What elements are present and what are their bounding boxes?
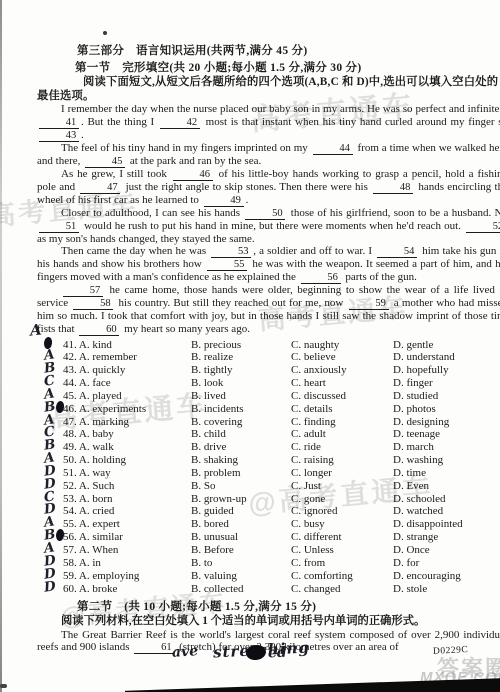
option-choice-d: D. washing — [393, 454, 500, 467]
option-choice-b: B. lived — [191, 390, 291, 403]
cloze-passage: I remember the day when the nurse placed… — [37, 103, 500, 336]
option-choice-d: D. for — [393, 557, 500, 570]
passage-paragraph: As he grew, I still took 46 of his littl… — [37, 168, 500, 207]
option-choice-b: B. precious — [191, 339, 291, 352]
option-choice-a: 50. A. holding — [63, 454, 191, 467]
option-choice-c: C. finding — [291, 416, 393, 429]
option-choice-a: 47. A. marking — [63, 416, 191, 429]
cloze-blank-60: 60 — [79, 324, 119, 336]
cloze-blank-54: 54 — [377, 246, 417, 258]
option-choice-d: D. encouraging — [393, 570, 500, 583]
cloze-blank-51: 51 — [39, 221, 79, 233]
option-choice-b: B. bored — [191, 518, 291, 531]
option-choice-b: B. collected — [191, 583, 291, 596]
scanned-exam-page: 高考直通车 高考直通车 高考直通车 高考直通车 @高考直通车 @高考直通车 第三… — [0, 0, 500, 692]
cloze-blank-42: 42 — [160, 117, 200, 129]
option-choice-a: 42. A. remember — [63, 351, 191, 364]
ink-blot — [56, 400, 66, 413]
handwritten-margin-note: A — [29, 320, 42, 339]
option-choice-c: C. naughty — [291, 339, 393, 352]
section2-instruction: 阅读下列材料,在空白处填入 1 个适当的单词或用括号内单词的正确形式。 — [37, 615, 500, 629]
option-row-52: D52. A. SuchB. SoC. JustD. Even — [63, 480, 500, 493]
option-row-53: C53. A. bornB. grown-upC. goneD. schoole… — [63, 493, 500, 506]
option-choice-b: B. tightly — [191, 364, 291, 377]
option-choice-d: D. schooled — [393, 493, 500, 506]
option-choice-c: C. details — [291, 403, 393, 416]
option-choice-c: C. raising — [291, 454, 393, 467]
passage-paragraph: 57 he came home, those hands were older,… — [37, 284, 500, 336]
option-choice-a: 44. A. face — [63, 377, 191, 390]
scan-edge-artifact — [0, 0, 2, 692]
option-row-44: C44. A. faceB. lookC. heartD. finger — [63, 377, 500, 390]
option-choice-c: C. discussed — [291, 390, 393, 403]
option-choice-d: D. Once — [393, 544, 500, 557]
section1-instruction: 阅读下面短文,从短文后各题所给的四个选项(A,B,C 和 D)中,选出可以填入空… — [37, 76, 500, 103]
cloze-blank-58: 58 — [73, 298, 113, 310]
option-choice-b: B. to — [191, 557, 291, 570]
cloze-blank-48: 48 — [373, 182, 413, 194]
option-choice-d: D. strange — [393, 531, 500, 544]
option-choice-b: B. realize — [191, 351, 291, 364]
option-choice-c: C. Just — [291, 480, 393, 493]
option-choice-a: 59. A. employing — [63, 570, 191, 583]
option-choice-d: D. photos — [393, 403, 500, 416]
option-choice-d: D. understand — [393, 351, 500, 364]
option-choice-b: B. look — [191, 377, 291, 390]
option-choice-a: 58. A. in — [63, 557, 191, 570]
option-choice-a: 55. A. expert — [63, 518, 191, 531]
handwritten-note-ed: ed — [268, 645, 287, 662]
option-choice-b: B. shaking — [191, 454, 291, 467]
option-choice-a: 60. A. broke — [63, 583, 191, 596]
cloze-blank-44: 44 — [313, 143, 353, 155]
option-choice-d: D. teenage — [393, 428, 500, 441]
passage-paragraph: I remember the day when the nurse placed… — [37, 103, 500, 142]
option-choice-c: C. gone — [291, 493, 393, 506]
option-choice-b: B. incidents — [191, 403, 291, 416]
option-choice-d: D. finger — [393, 377, 500, 390]
option-choice-b: B. grown-up — [191, 493, 291, 506]
cloze-blank-53: 53 — [211, 246, 251, 258]
option-choice-a: 43. A. quickly — [63, 364, 191, 377]
handwritten-answer-46: B — [44, 401, 64, 413]
option-choice-d: D. gentle — [393, 339, 500, 352]
cloze-blank-55: 55 — [207, 259, 247, 271]
option-choice-d: D. Even — [393, 480, 500, 493]
option-row-45: A45. A. playedB. livedC. discussedD. stu… — [63, 390, 500, 403]
option-choice-a: 45. A. played — [63, 390, 191, 403]
ink-dot-artifact — [103, 31, 107, 35]
option-choice-d: D. stole — [393, 583, 500, 596]
option-row-51: D51. A. wayB. problemC. longerD. time — [63, 467, 500, 480]
option-row-58: D58. A. inB. toC. fromD. for — [63, 557, 500, 570]
cloze-blank-56: 56 — [301, 272, 341, 284]
option-choice-a: 49. A. walk — [63, 441, 191, 454]
ink-blot — [56, 529, 66, 542]
cloze-blank-59: 59 — [349, 298, 389, 310]
cloze-blank-61: 61 — [134, 642, 174, 654]
option-choice-d: D. hopefully — [393, 364, 500, 377]
option-row-49: B49. A. walkB. driveC. rideD. march — [63, 441, 500, 454]
cloze-blank-41: 41 — [39, 117, 79, 129]
option-choice-c: C. busy — [291, 518, 393, 531]
option-row-41: 41. A. kindB. preciousC. naughtyD. gentl… — [63, 339, 500, 352]
option-choice-b: B. unusual — [191, 531, 291, 544]
option-row-48: C48. A. babyB. childC. adultD. teenage — [63, 428, 500, 441]
option-choice-a: 54. A. cried — [63, 505, 191, 518]
option-choice-a: 52. A. Such — [63, 480, 191, 493]
option-choice-d: D. designing — [393, 416, 500, 429]
option-choice-c: C. anxiously — [291, 364, 393, 377]
option-choice-a: 51. A. way — [63, 467, 191, 480]
option-choice-a: 57. A. When — [63, 544, 191, 557]
option-choice-c: C. Unless — [291, 544, 393, 557]
option-choice-a: 48. A. baby — [63, 428, 191, 441]
option-choice-b: B. guided — [191, 505, 291, 518]
option-choice-c: C. comforting — [291, 570, 393, 583]
option-choice-b: B. drive — [191, 441, 291, 454]
option-row-60: D60. A. brokeB. collectedC. changedD. st… — [63, 583, 500, 596]
scan-shadow-mark — [0, 684, 7, 688]
passage-paragraph: Closer to adulthood, I can see his hands… — [37, 207, 500, 246]
cloze-blank-50: 50 — [245, 208, 285, 220]
option-choice-c: C. adult — [291, 428, 393, 441]
cloze-options-list: 41. A. kindB. preciousC. naughtyD. gentl… — [63, 339, 500, 596]
part-heading: 第三部分 语言知识运用(共两节,满分 45 分) — [77, 42, 500, 58]
cloze-blank-57: 57 — [63, 285, 103, 297]
option-row-56: B56. A. similarB. unusualC. differentD. … — [63, 531, 500, 544]
option-choice-b: B. Before — [191, 544, 291, 557]
option-choice-c: C. changed — [291, 583, 393, 596]
option-choice-c: C. ignored — [291, 505, 393, 518]
handwritten-note-ave: ave — [171, 643, 198, 661]
option-row-46: B46. A. experimentsB. incidentsC. detail… — [63, 403, 500, 416]
option-row-54: D54. A. criedB. guidedC. ignoredD. watch… — [63, 505, 500, 518]
option-choice-b: B. valuing — [191, 570, 291, 583]
option-choice-d: D. march — [393, 441, 500, 454]
cloze-blank-52: 52 — [466, 221, 500, 233]
section2-heading: 第二节 (共 10 小题;每小题 1.5 分,满分 15 分) — [77, 598, 500, 614]
option-choice-d: D. studied — [393, 390, 500, 403]
option-choice-d: D. disappointed — [393, 518, 500, 531]
option-choice-a: 46. A. experiments — [63, 403, 191, 416]
cloze-blank-46: 46 — [173, 169, 213, 181]
option-row-43: B43. A. quicklyB. tightlyC. anxiouslyD. … — [63, 364, 500, 377]
option-choice-d: D. time — [393, 467, 500, 480]
option-choice-c: C. heart — [291, 377, 393, 390]
option-row-50: A50. A. holdingB. shakingC. raisingD. wa… — [63, 454, 500, 467]
option-row-59: D59. A. employingB. valuingC. comforting… — [63, 570, 500, 583]
option-choice-c: C. different — [291, 531, 393, 544]
option-choice-d: D. watched — [393, 505, 500, 518]
option-choice-a: 56. A. similar — [63, 531, 191, 544]
cloze-blank-45: 45 — [85, 156, 125, 168]
option-row-42: A42. A. rememberB. realizeC. believeD. u… — [63, 351, 500, 364]
option-row-47: A47. A. markingB. coveringC. findingD. d… — [63, 416, 500, 429]
option-choice-b: B. problem — [191, 467, 291, 480]
cloze-blank-49: 49 — [204, 195, 244, 207]
option-choice-c: C. believe — [291, 351, 393, 364]
option-choice-c: C. longer — [291, 467, 393, 480]
option-choice-b: B. So — [191, 480, 291, 493]
handwritten-answer-letter: D — [43, 580, 56, 594]
option-choice-a: 41. A. kind — [63, 339, 191, 352]
handwritten-answer-60: D — [44, 581, 56, 593]
passage-paragraph: Then came the day when he was 53, a sold… — [37, 245, 500, 284]
option-choice-a: 53. A. born — [63, 493, 191, 506]
option-row-55: A55. A. expertB. boredC. busyD. disappoi… — [63, 518, 500, 531]
option-choice-c: C. ride — [291, 441, 393, 454]
cloze-blank-47: 47 — [80, 182, 120, 194]
page-content: 第三部分 语言知识运用(共两节,满分 45 分) 第一节 完形填空(共 20 小… — [37, 42, 500, 654]
option-choice-b: B. child — [191, 428, 291, 441]
option-choice-c: C. from — [291, 557, 393, 570]
passage-paragraph: The feel of his tiny hand in my fingers … — [37, 142, 500, 168]
cloze-blank-43: 43 — [39, 130, 79, 142]
option-choice-b: B. covering — [191, 416, 291, 429]
section1-heading: 第一节 完形填空(共 20 小题;每小题 1.5 分,满分 30 分) — [75, 59, 500, 75]
option-row-57: A57. A. WhenB. BeforeC. UnlessD. Once — [63, 544, 500, 557]
